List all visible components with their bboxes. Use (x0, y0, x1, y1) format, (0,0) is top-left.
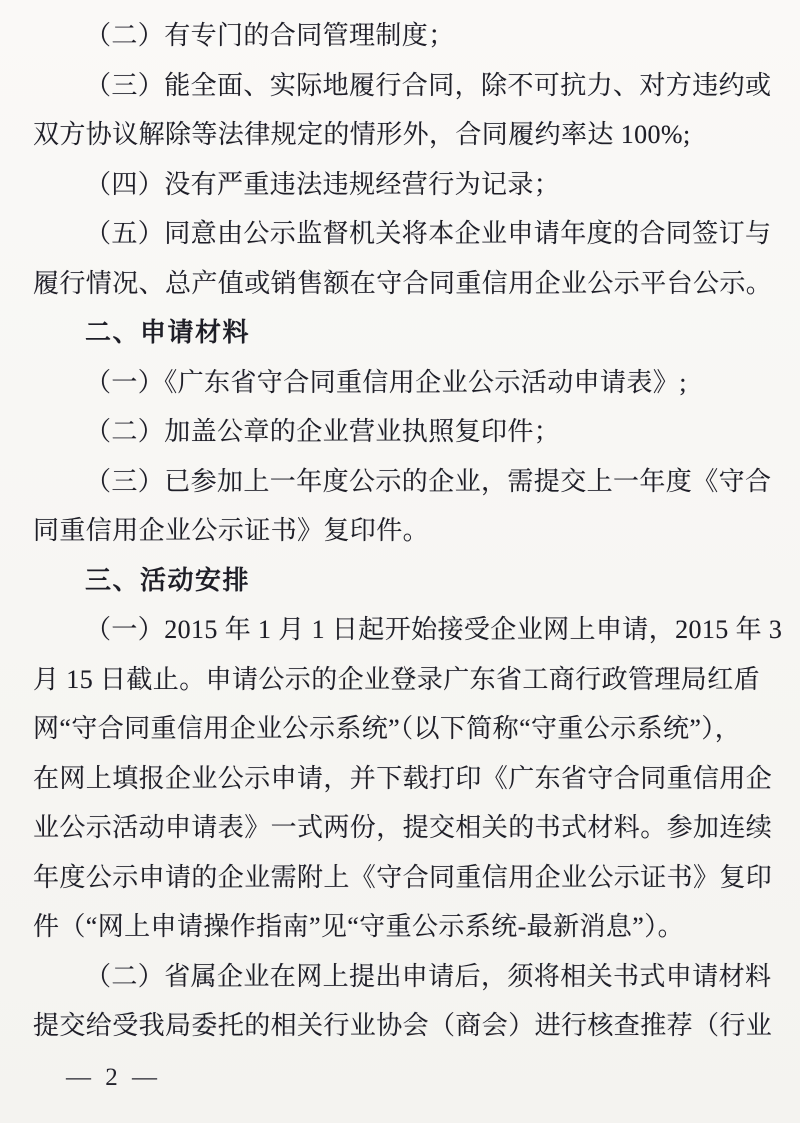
text-line: （二）有专门的合同管理制度； (33, 11, 766, 61)
text-line: 履行情况、总产值或销售额在守合同重信用企业公示平台公示。 (33, 259, 766, 309)
text-line: （三）已参加上一年度公示的企业，需提交上一年度《守合 (33, 457, 766, 507)
text-line: 提交给受我局委托的相关行业协会（商会）进行核查推荐（行业 (33, 1001, 766, 1051)
text-line: （二）加盖公章的企业营业执照复印件； (33, 407, 766, 457)
text-line: 同重信用企业公示证书》复印件。 (33, 506, 766, 556)
text-line: （二）省属企业在网上提出申请后，须将相关书式申请材料 (33, 952, 766, 1002)
document-page: （二）有专门的合同管理制度； （三）能全面、实际地履行合同，除不可抗力、对方违约… (0, 0, 800, 1123)
text-line: 年度公示申请的企业需附上《守合同重信用企业公示证书》复印 (33, 853, 766, 903)
text-line: 在网上填报企业公示申请，并下载打印《广东省守合同重信用企 (33, 754, 766, 804)
page-number: — 2 — (66, 1064, 766, 1092)
text-line: 月 15 日截止。申请公示的企业登录广东省工商行政管理局红盾 (33, 655, 766, 705)
text-line: （三）能全面、实际地履行合同，除不可抗力、对方违约或 (33, 61, 766, 111)
text-line: 网“守合同重信用企业公示系统”（以下简称“守重公示系统”）， (33, 704, 766, 754)
text-line: 件（“网上申请操作指南”见“守重公示系统-最新消息”）。 (33, 902, 766, 952)
document-text-block: （二）有专门的合同管理制度； （三）能全面、实际地履行合同，除不可抗力、对方违约… (33, 11, 766, 1051)
text-line: 业公示活动申请表》一式两份，提交相关的书式材料。参加连续 (33, 803, 766, 853)
text-line: （一）2015 年 1 月 1 日起开始接受企业网上申请，2015 年 3 (33, 605, 766, 655)
text-line: 双方协议解除等法律规定的情形外，合同履约率达 100%; (33, 110, 766, 160)
text-line: （五）同意由公示监督机关将本企业申请年度的合同签订与 (33, 209, 766, 259)
section-heading-schedule: 三、活动安排 (33, 556, 766, 606)
text-line: （一）《广东省守合同重信用企业公示活动申请表》; (33, 358, 766, 408)
section-heading-materials: 二、申请材料 (33, 308, 766, 358)
text-line: （四）没有严重违法违规经营行为记录； (33, 160, 766, 210)
